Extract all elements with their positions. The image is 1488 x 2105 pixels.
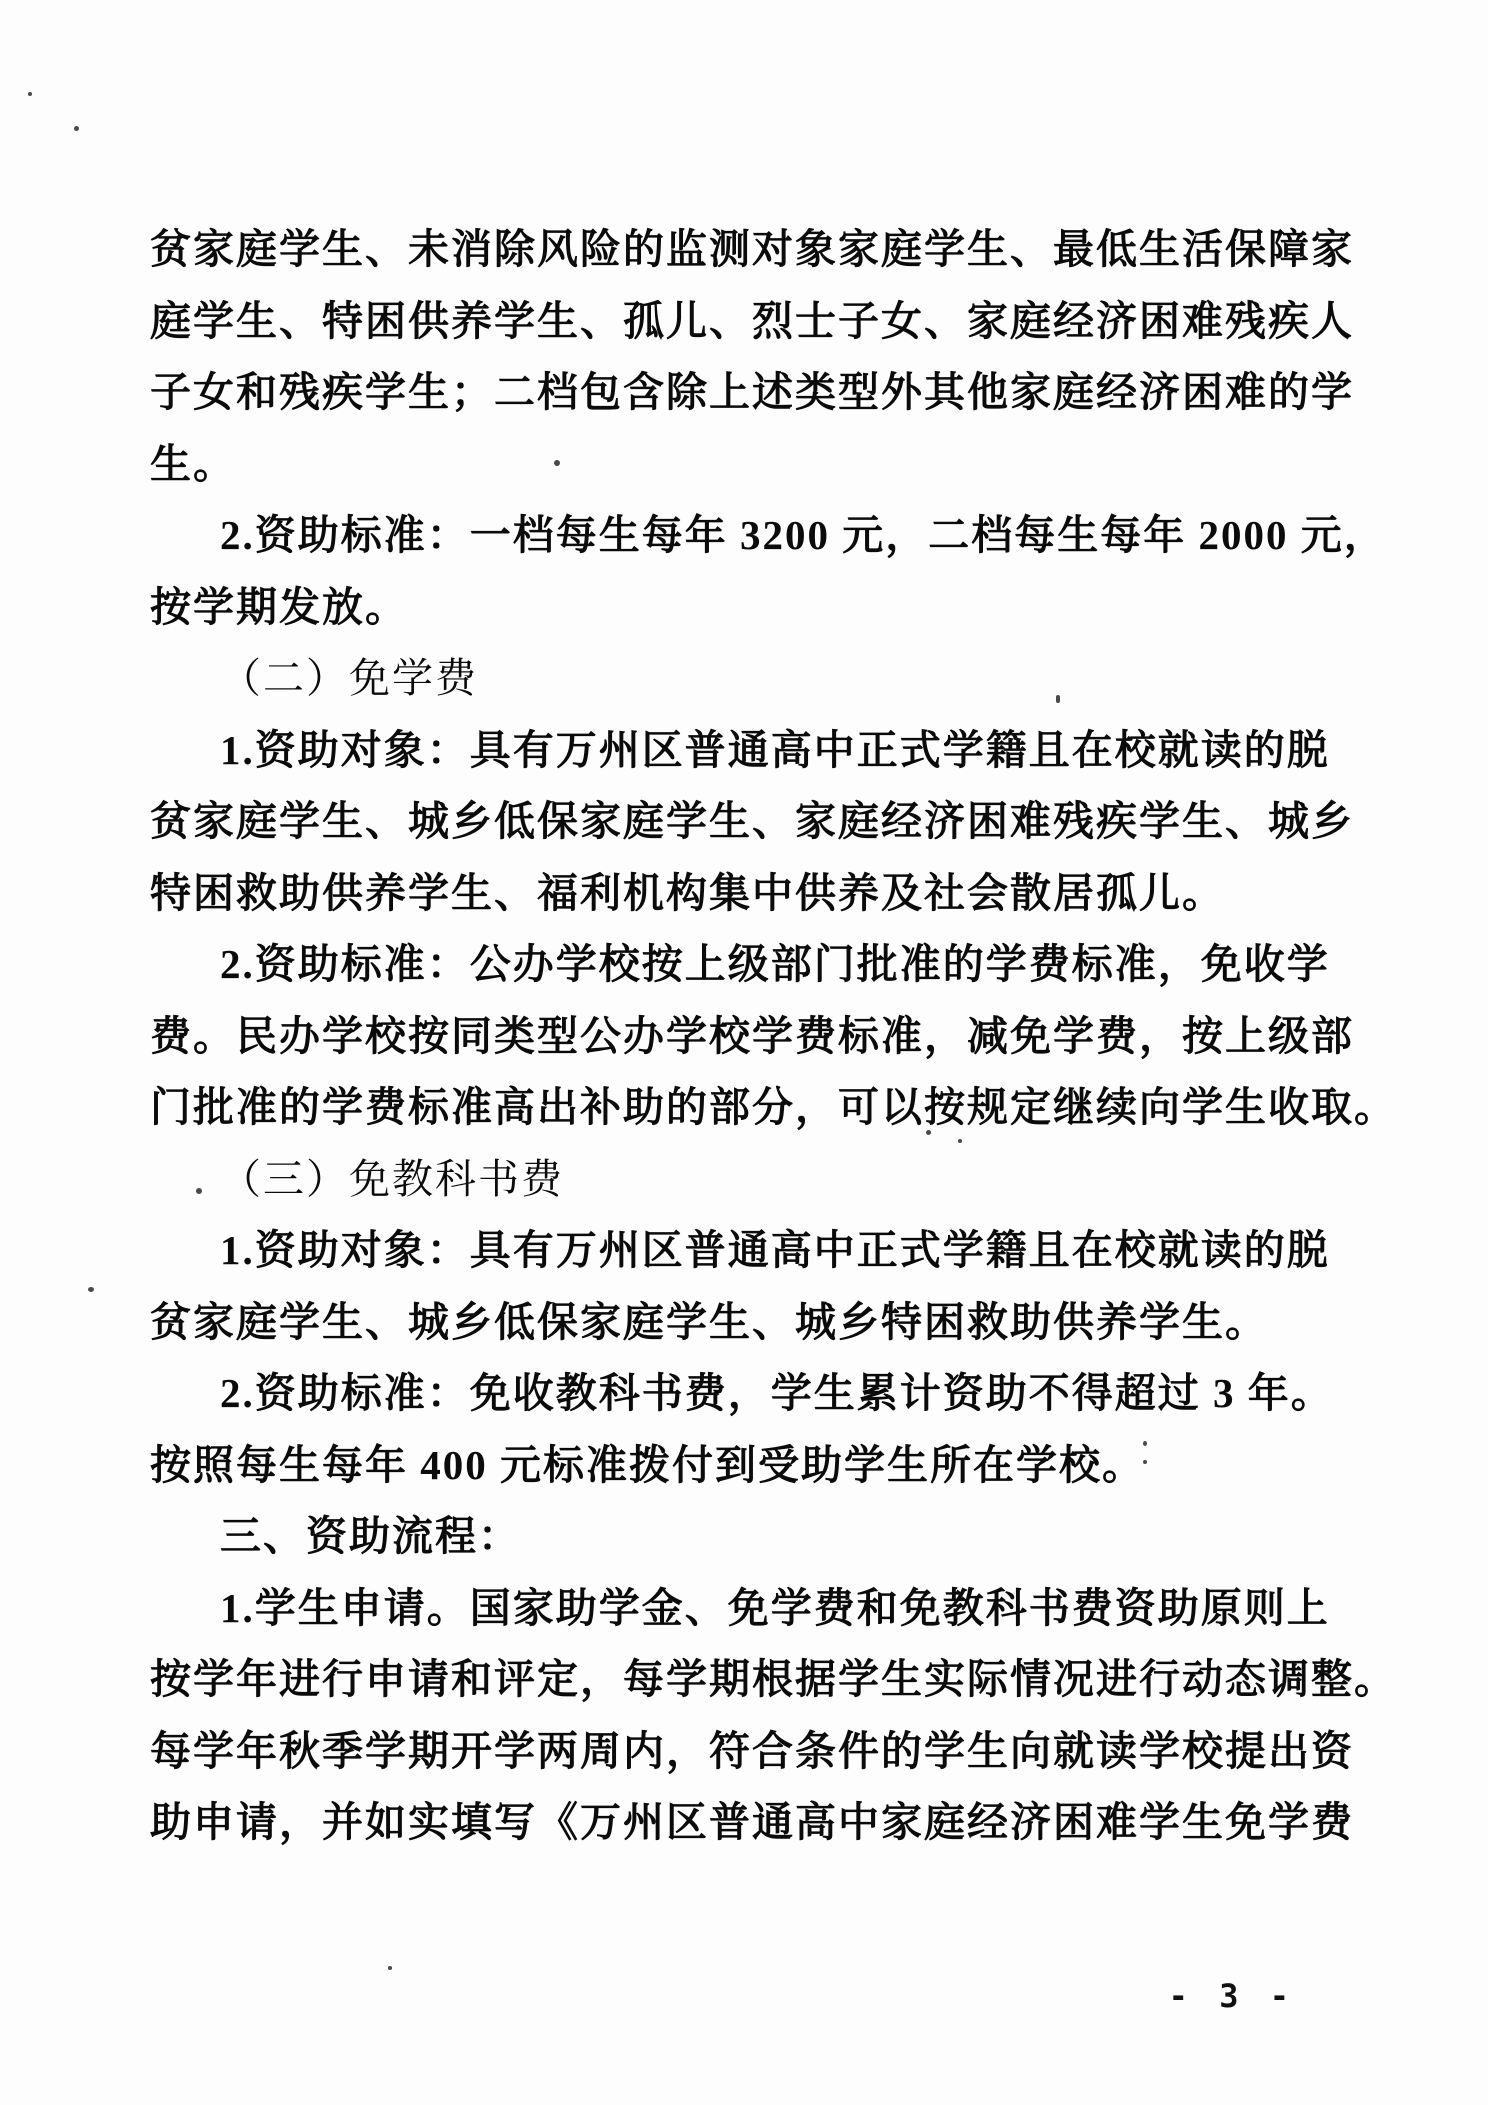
scan-speck	[554, 460, 560, 466]
text-line: 贫家庭学生、城乡低保家庭学生、家庭经济困难残疾学生、城乡	[150, 786, 1350, 858]
text-line: （三）免教科书费	[150, 1144, 1350, 1216]
text-line: 助申请，并如实填写《万州区普通高中家庭经济困难学生免学费	[150, 1787, 1350, 1859]
text-line: 三、资助流程：	[150, 1501, 1350, 1573]
text-line: 庭学生、特困供养学生、孤儿、烈士子女、家庭经济困难残疾人	[150, 286, 1350, 358]
text-line: 2.资助标准：一档每生每年 3200 元，二档每生每年 2000 元，	[150, 500, 1350, 572]
scan-speck	[1143, 1460, 1147, 1464]
text-line: 按学年进行申请和评定，每学期根据学生实际情况进行动态调整。	[150, 1644, 1350, 1716]
scan-speck	[958, 1139, 962, 1143]
document-body: 贫家庭学生、未消除风险的监测对象家庭学生、最低生活保障家庭学生、特困供养学生、孤…	[150, 214, 1350, 1859]
text-line: 1.资助对象：具有万州区普通高中正式学籍且在校就读的脱	[150, 715, 1350, 787]
scan-speck	[388, 1966, 392, 1970]
text-line: 1.学生申请。国家助学金、免学费和免教科书费资助原则上	[150, 1573, 1350, 1645]
scan-speck	[1056, 695, 1060, 703]
text-line: 门批准的学费标准高出补助的部分，可以按规定继续向学生收取。	[150, 1072, 1350, 1144]
text-line: 按学期发放。	[150, 572, 1350, 644]
text-line: 2.资助标准：免收教科书费，学生累计资助不得超过 3 年。	[150, 1358, 1350, 1430]
text-line: （二）免学费	[150, 643, 1350, 715]
text-line: 1.资助对象：具有万州区普通高中正式学籍且在校就读的脱	[150, 1215, 1350, 1287]
text-line: 特困救助供养学生、福利机构集中供养及社会散居孤儿。	[150, 858, 1350, 930]
text-line: 费。民办学校按同类型公办学校学费标准，减免学费，按上级部	[150, 1001, 1350, 1073]
text-line: 每学年秋季学期开学两周内，符合条件的学生向就读学校提出资	[150, 1716, 1350, 1788]
text-line: 2.资助标准：公办学校按上级部门批准的学费标准，免收学	[150, 929, 1350, 1001]
page-number: - 3 -	[1169, 1977, 1295, 2015]
text-line: 生。	[150, 429, 1350, 501]
scan-speck	[196, 1188, 202, 1194]
text-line: 贫家庭学生、未消除风险的监测对象家庭学生、最低生活保障家	[150, 214, 1350, 286]
scan-speck	[74, 126, 79, 131]
text-line: 按照每生每年 400 元标准拨付到受助学生所在学校。	[150, 1430, 1350, 1502]
text-line: 贫家庭学生、城乡低保家庭学生、城乡特困救助供养学生。	[150, 1287, 1350, 1359]
scan-speck	[1143, 1441, 1147, 1446]
text-line: 子女和残疾学生；二档包含除上述类型外其他家庭经济困难的学	[150, 357, 1350, 429]
scan-speck	[88, 1287, 94, 1292]
document-page: 贫家庭学生、未消除风险的监测对象家庭学生、最低生活保障家庭学生、特困供养学生、孤…	[0, 0, 1488, 2105]
scan-speck	[926, 1130, 931, 1135]
scan-speck	[28, 92, 32, 96]
